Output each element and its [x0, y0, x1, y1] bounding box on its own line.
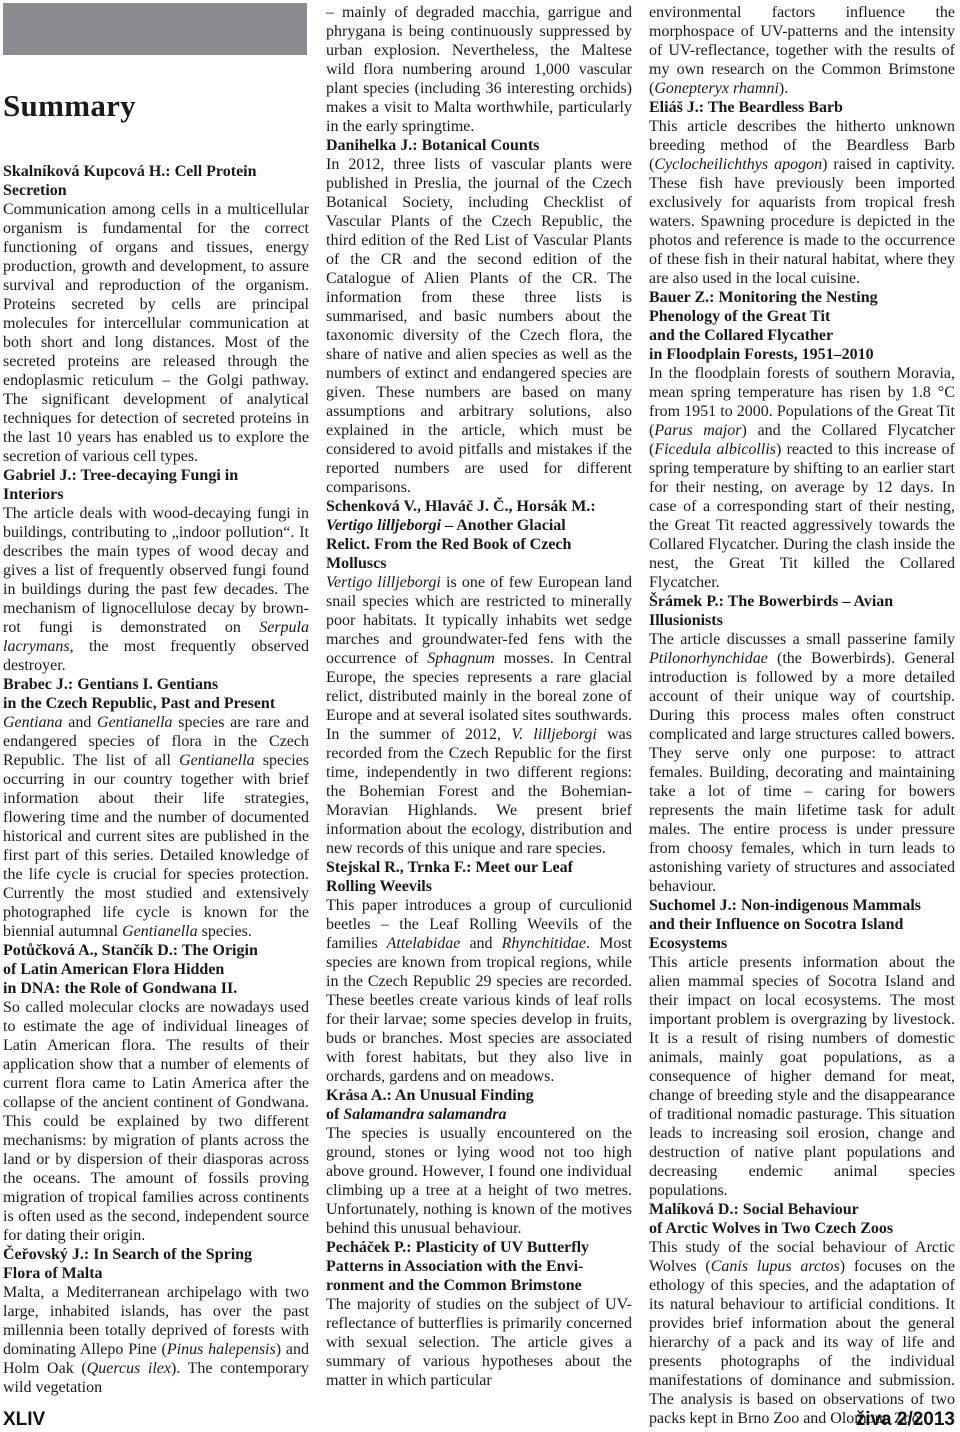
- summary-section: environmental factors influence the morp…: [649, 3, 955, 98]
- section-heading: Pecháček P.: Plasticity of UV Butterfly …: [326, 1238, 632, 1295]
- text-run: Schenková V., Hlaváč J. Č., Horsák M.:: [326, 498, 596, 515]
- section-body: So called molecular clocks are nowadays …: [3, 998, 309, 1245]
- text-run: Danihelka J.: Botanical Counts: [326, 137, 539, 154]
- text-run: . Most species are known from tropical r…: [326, 935, 632, 1085]
- text-run: Communication among cells in a multicell…: [3, 201, 309, 465]
- text-run: Skalníková Kupcová H.: Cell Protein Secr…: [3, 163, 257, 199]
- section-heading: Malíková D.: Social Behaviour of Arctic …: [649, 1200, 955, 1238]
- text-run: was recorded from the Czech Republic for…: [326, 726, 632, 857]
- text-run: – mainly of degraded macchia, garrigue a…: [326, 4, 632, 135]
- taxon-name: Pinus halepensis: [167, 1341, 276, 1358]
- column-3: environmental factors influence the morp…: [649, 3, 955, 1428]
- section-heading: Potůčková A., Stančík D.: The Origin of …: [3, 941, 309, 998]
- text-run: Stejskal R., Trnka F.: Meet our Leaf Rol…: [326, 859, 573, 895]
- taxon-name: Parus major: [654, 422, 741, 439]
- summary-section: Eliáš J.: The Beardless BarbThis article…: [649, 98, 955, 288]
- section-heading: Brabec J.: Gentians I. Gentians in the C…: [3, 675, 309, 713]
- text-run: Gabriel J.: Tree-decaying Fungi in Inter…: [3, 467, 238, 503]
- taxon-name: Gentiana: [3, 714, 63, 731]
- taxon-name: Attelabidae: [387, 935, 461, 952]
- header-bar: [3, 3, 307, 55]
- section-heading: Bauer Z.: Monitoring the Nesting Phenolo…: [649, 288, 955, 364]
- section-body: The article deals with wood-decaying fun…: [3, 504, 309, 675]
- section-body: This paper introduces a group of curculi…: [326, 896, 632, 1086]
- section-body: The species is usually encountered on th…: [326, 1124, 632, 1238]
- section-heading: Krása A.: An Unusual Finding of Salamand…: [326, 1086, 632, 1124]
- text-run: (the Bowerbirds). General introduction i…: [649, 650, 955, 895]
- taxon-name: Ptilonorhynchidae: [649, 650, 768, 667]
- text-run: The article discusses a small passerine …: [649, 631, 955, 648]
- summary-section: Potůčková A., Stančík D.: The Origin of …: [3, 941, 309, 1245]
- section-body: This article presents information about …: [649, 953, 955, 1200]
- section-body: environmental factors influence the morp…: [649, 3, 955, 98]
- section-heading: Stejskal R., Trnka F.: Meet our Leaf Rol…: [326, 858, 632, 896]
- summary-section: Suchomel J.: Non-indigenous Mammals and …: [649, 896, 955, 1200]
- taxon-name: Gentianella: [97, 714, 173, 731]
- taxon-name: Canis lupus arctos: [711, 1258, 840, 1275]
- text-run: and: [460, 935, 501, 952]
- page-root: SummarySkalníková Kupcová H.: Cell Prote…: [0, 0, 960, 1432]
- section-heading: Suchomel J.: Non-indigenous Mammals and …: [649, 896, 955, 953]
- page-title: Summary: [3, 88, 309, 124]
- section-heading: Eliáš J.: The Beardless Barb: [649, 98, 955, 117]
- text-run: In 2012, three lists of vascular plants …: [326, 156, 632, 496]
- section-body: Gentiana and Gentianella species are rar…: [3, 713, 309, 941]
- text-run: Bauer Z.: Monitoring the Nesting Phenolo…: [649, 289, 878, 363]
- section-body: The majority of studies on the subject o…: [326, 1295, 632, 1390]
- summary-section: Stejskal R., Trnka F.: Meet our Leaf Rol…: [326, 858, 632, 1086]
- section-body: Malta, a Mediterranean archipelago with …: [3, 1283, 309, 1397]
- column-2: – mainly of degraded macchia, garrigue a…: [326, 3, 632, 1428]
- text-run: Šrámek P.: The Bowerbirds – Avian Illusi…: [649, 593, 893, 629]
- section-heading: Skalníková Kupcová H.: Cell Protein Secr…: [3, 162, 309, 200]
- taxon-name: Vertigo lilljeborgi: [326, 517, 441, 534]
- column-1: SummarySkalníková Kupcová H.: Cell Prote…: [3, 3, 309, 1428]
- section-heading: Gabriel J.: Tree-decaying Fungi in Inter…: [3, 466, 309, 504]
- taxon-name: Sphagnum: [427, 650, 495, 667]
- summary-section: Krása A.: An Unusual Finding of Salamand…: [326, 1086, 632, 1238]
- section-body: Communication among cells in a multicell…: [3, 200, 309, 466]
- text-run: The article deals with wood-decaying fun…: [3, 505, 309, 636]
- text-run: Pecháček P.: Plasticity of UV Butterfly …: [326, 1239, 589, 1294]
- section-heading: Čeřovský J.: In Search of the Spring Flo…: [3, 1245, 309, 1283]
- summary-section: Gabriel J.: Tree-decaying Fungi in Inter…: [3, 466, 309, 675]
- footer-page-number: XLIV: [3, 1410, 45, 1430]
- section-body: – mainly of degraded macchia, garrigue a…: [326, 3, 632, 136]
- taxon-name: Rhynchitidae: [502, 935, 586, 952]
- taxon-name: V. lilljeborgi: [511, 726, 596, 743]
- summary-section: Skalníková Kupcová H.: Cell Protein Secr…: [3, 162, 309, 466]
- section-heading: Šrámek P.: The Bowerbirds – Avian Illusi…: [649, 592, 955, 630]
- section-body: Vertigo lilljeborgi is one of few Europe…: [326, 573, 632, 858]
- taxon-name: Gentianella: [122, 923, 198, 940]
- text-run: Eliáš J.: The Beardless Barb: [649, 99, 843, 116]
- summary-section: Malíková D.: Social Behaviour of Arctic …: [649, 1200, 955, 1428]
- text-run: species.: [198, 923, 252, 940]
- taxon-name: Salamandra salamandra: [343, 1106, 506, 1123]
- text-run: Čeřovský J.: In Search of the Spring Flo…: [3, 1246, 252, 1282]
- section-body: In 2012, three lists of vascular plants …: [326, 155, 632, 497]
- text-run: Malíková D.: Social Behaviour of Arctic …: [649, 1201, 893, 1237]
- taxon-name: Quercus ilex: [87, 1360, 171, 1377]
- text-run: The majority of studies on the subject o…: [326, 1296, 632, 1389]
- taxon-name: Cyclocheilichthys apogon: [654, 156, 822, 173]
- summary-section: – mainly of degraded macchia, garrigue a…: [326, 3, 632, 136]
- taxon-name: Ficedula albicollis: [654, 441, 776, 458]
- summary-section: Šrámek P.: The Bowerbirds – Avian Illusi…: [649, 592, 955, 896]
- text-run: Suchomel J.: Non-indigenous Mammals and …: [649, 897, 921, 952]
- summary-section: Čeřovský J.: In Search of the Spring Flo…: [3, 1245, 309, 1397]
- footer-journal-issue: živa 2/2013: [856, 1410, 955, 1430]
- text-run: The species is usually encountered on th…: [326, 1125, 632, 1237]
- summary-section: Pecháček P.: Plasticity of UV Butterfly …: [326, 1238, 632, 1390]
- section-body: This article describes the hitherto unkn…: [649, 117, 955, 288]
- section-body: The article discusses a small passerine …: [649, 630, 955, 896]
- summary-section: Bauer Z.: Monitoring the Nesting Phenolo…: [649, 288, 955, 592]
- text-run: and: [63, 714, 97, 731]
- text-run: ) focuses on the ethology of this specie…: [649, 1258, 955, 1427]
- text-run: Potůčková A., Stančík D.: The Origin of …: [3, 942, 258, 997]
- columns: SummarySkalníková Kupcová H.: Cell Prote…: [3, 3, 955, 1428]
- section-body: In the floodplain forests of southern Mo…: [649, 364, 955, 592]
- section-body: This study of the social behaviour of Ar…: [649, 1238, 955, 1428]
- section-heading: Danihelka J.: Botanical Counts: [326, 136, 632, 155]
- text-run: Brabec J.: Gentians I. Gentians in the C…: [3, 676, 275, 712]
- taxon-name: Gentianella: [179, 752, 255, 769]
- text-run: ).: [779, 80, 788, 97]
- section-heading: Schenková V., Hlaváč J. Č., Horsák M.: V…: [326, 497, 632, 573]
- summary-section: Danihelka J.: Botanical CountsIn 2012, t…: [326, 136, 632, 497]
- text-run: So called molecular clocks are nowadays …: [3, 999, 309, 1244]
- taxon-name: Vertigo lilljeborgi: [326, 574, 441, 591]
- text-run: species occurring in our country togethe…: [3, 752, 309, 940]
- text-run: ) reacted to this increase of spring tem…: [649, 441, 955, 591]
- text-run: This article presents information about …: [649, 954, 955, 1199]
- text-run: ) raised in captivity. These fish have p…: [649, 156, 955, 287]
- summary-section: Brabec J.: Gentians I. Gentians in the C…: [3, 675, 309, 941]
- taxon-name: Gonepteryx rhamni: [654, 80, 779, 97]
- summary-section: Schenková V., Hlaváč J. Č., Horsák M.: V…: [326, 497, 632, 858]
